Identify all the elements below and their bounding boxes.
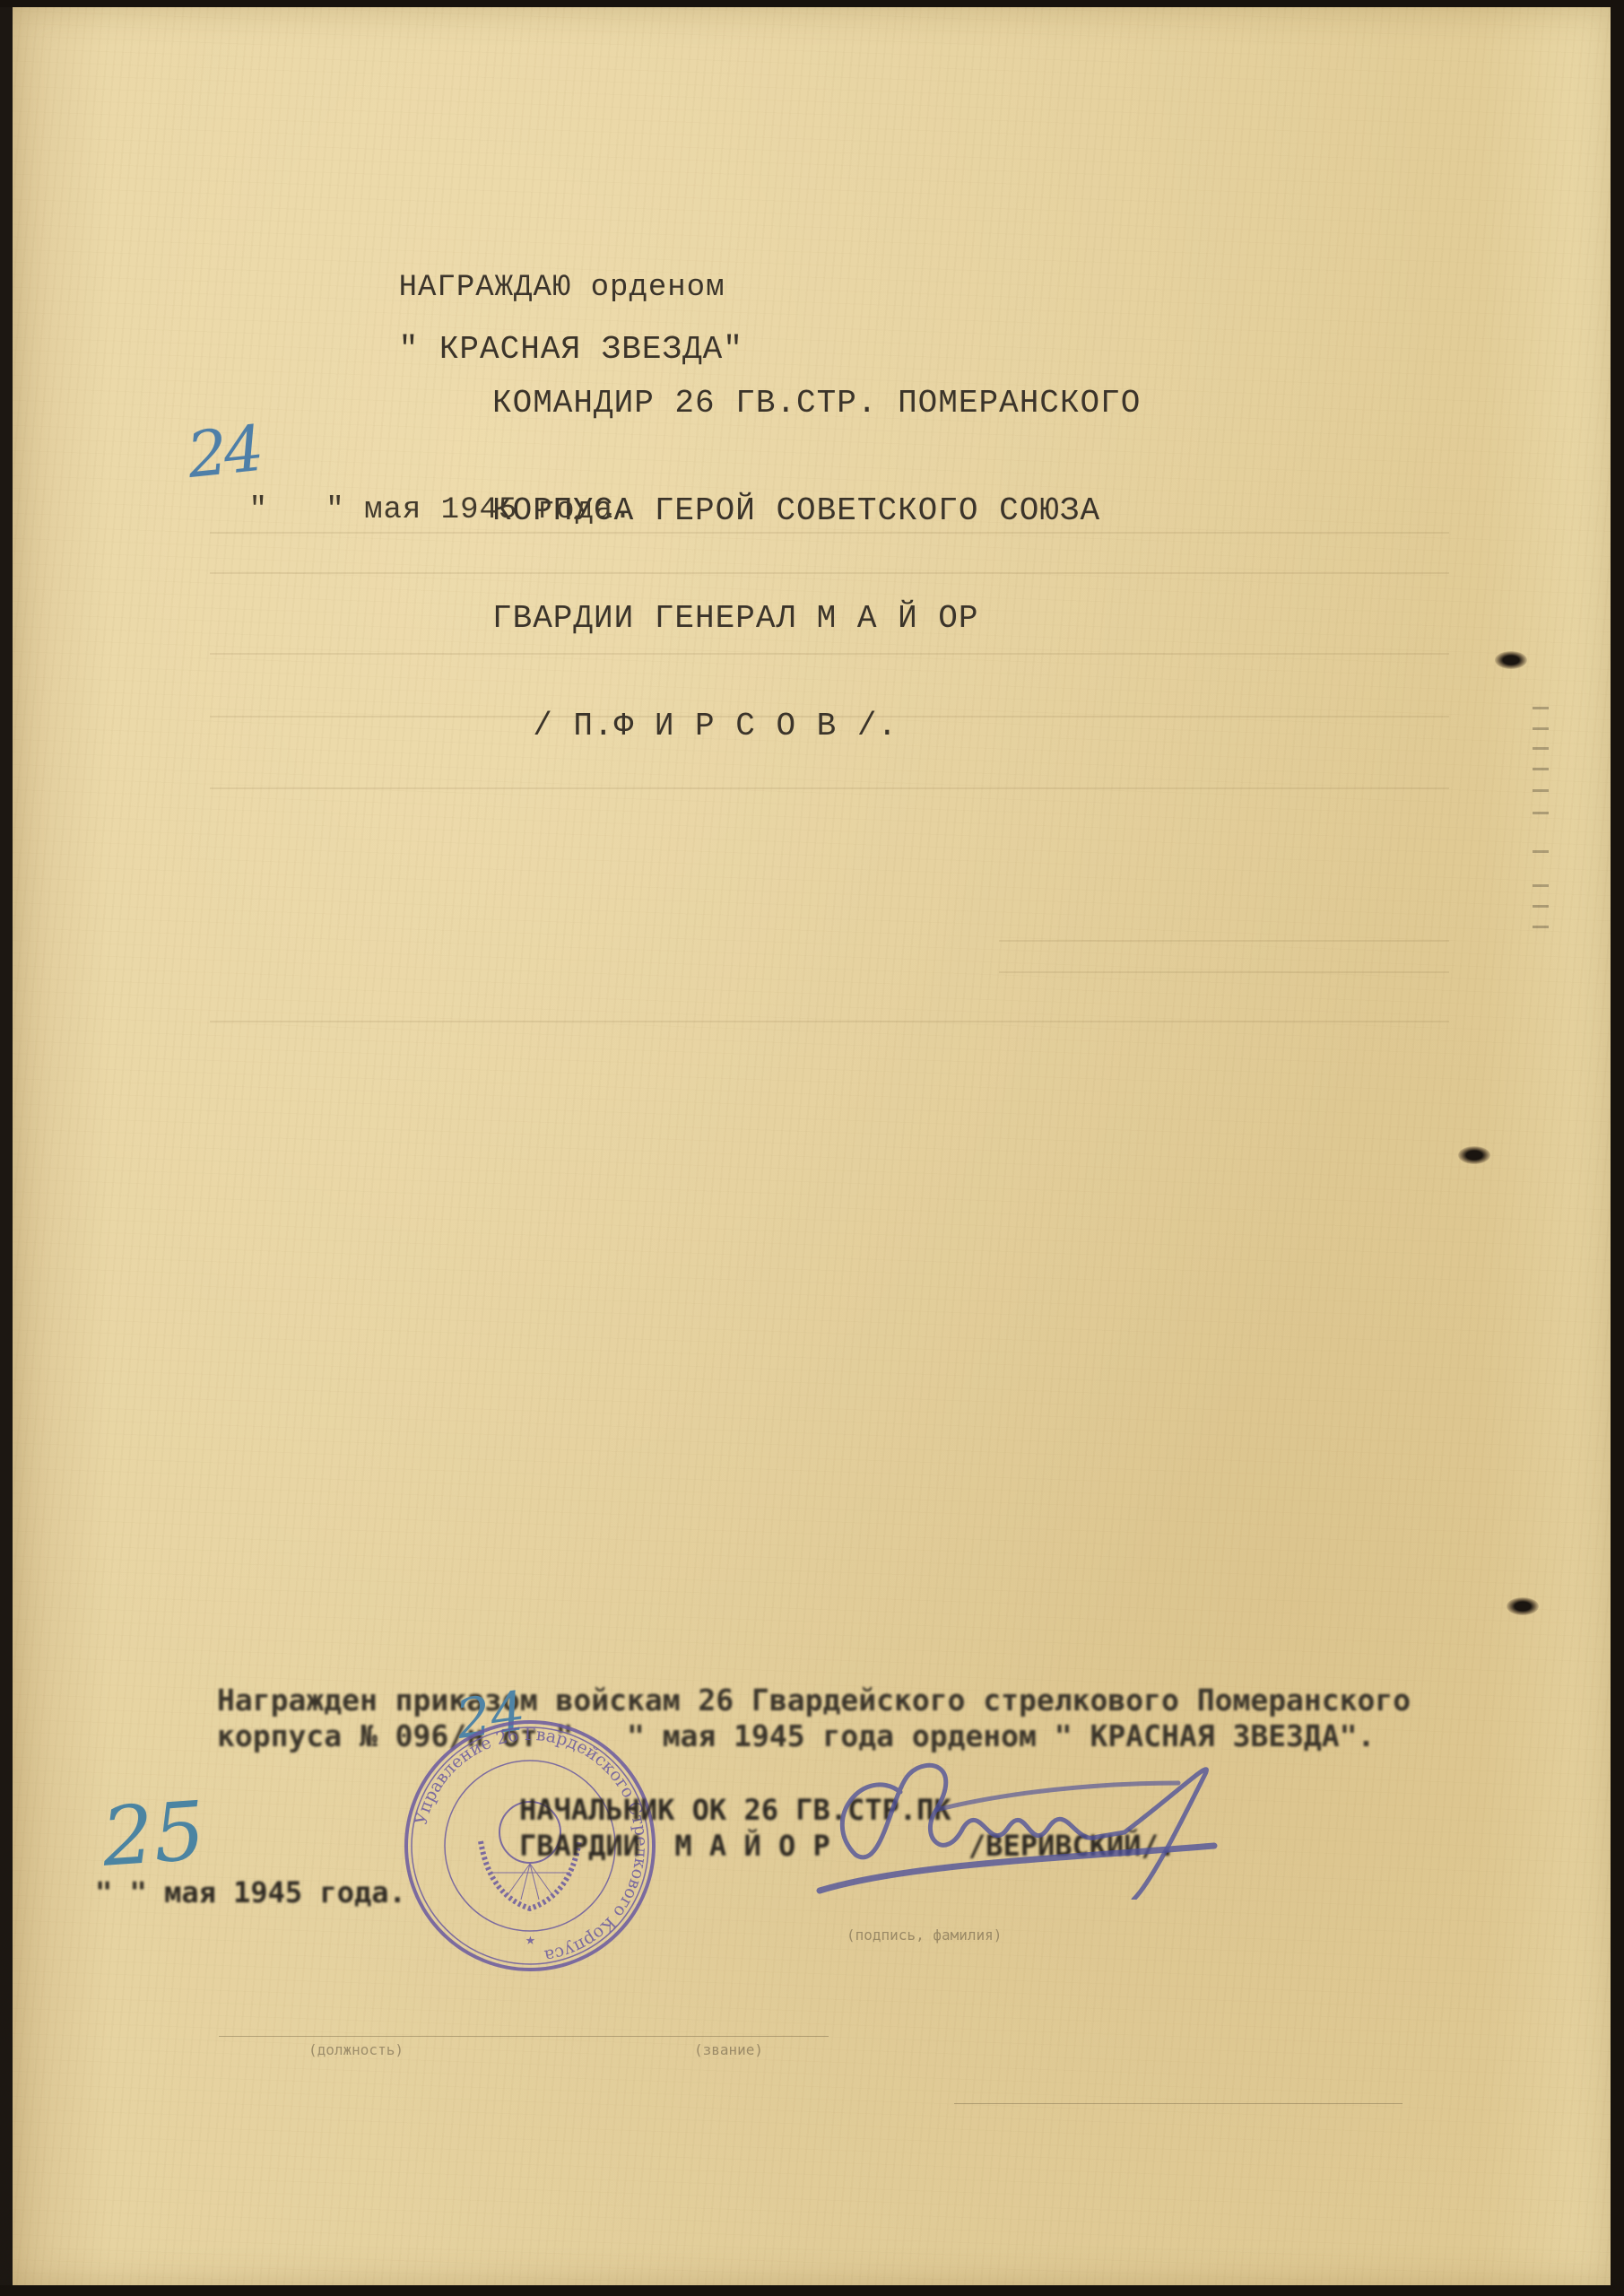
- award-prefix: НАГРАЖДАЮ орденом: [399, 271, 725, 305]
- award-confirmation: Награжден приказом войскам 26 Гвардейско…: [217, 1683, 1411, 1754]
- perforation-mark: [1533, 850, 1549, 853]
- punch-hole: [1495, 651, 1527, 669]
- bleed-through-line: [999, 971, 1449, 973]
- scan-border: [1611, 0, 1624, 2296]
- commander-signature-block: КОМАНДИР 26 ГВ.СТР. ПОМЕРАНСКОГО КОРПУСА…: [492, 314, 1141, 816]
- quote-mark: ": [326, 493, 344, 527]
- divider: [954, 2103, 1403, 2104]
- perforation-mark: [1533, 905, 1549, 908]
- confirmation-line: Награжден приказом войскам 26 Гвардейско…: [217, 1683, 1411, 1718]
- document-sheet: НАГРАЖДАЮ орденом " КРАСНАЯ ЗВЕЗДА" КОМА…: [13, 7, 1611, 2285]
- scan-border: [0, 0, 1624, 7]
- footer-caption: (должность): [308, 2041, 404, 2058]
- handwritten-signature-icon: [802, 1756, 1358, 1900]
- perforation-mark: [1533, 747, 1549, 750]
- order-date-text: мая 1945 года.: [364, 493, 633, 527]
- handwritten-confirmation-day: 25: [99, 1784, 208, 1885]
- signature-caption: (подпись, фамилия): [847, 1926, 1002, 1944]
- svg-text:★: ★: [525, 1932, 535, 1950]
- perforation-mark: [1533, 926, 1549, 928]
- commander-line: / П.Ф И Р С О В /.: [492, 709, 1141, 744]
- commander-line: КОМАНДИР 26 ГВ.СТР. ПОМЕРАНСКОГО: [492, 386, 1141, 422]
- perforation-mark: [1533, 768, 1549, 770]
- perforation-mark: [1533, 727, 1549, 730]
- commander-line: ГВАРДИИ ГЕНЕРАЛ М А Й ОР: [492, 601, 1141, 637]
- bleed-through-line: [999, 940, 1449, 942]
- perforation-mark: [1533, 707, 1549, 709]
- divider: [219, 2036, 829, 2037]
- scan-border: [0, 2285, 1624, 2296]
- order-date: " " мая 1945 года.: [172, 465, 633, 556]
- confirmation-date: " " мая 1945 года.: [95, 1875, 406, 1909]
- perforation-mark: [1533, 812, 1549, 814]
- punch-hole: [1458, 1146, 1490, 1164]
- bleed-through-line: [210, 1021, 1449, 1022]
- perforation-mark: [1533, 884, 1549, 887]
- punch-hole: [1507, 1597, 1539, 1615]
- perforation-mark: [1533, 789, 1549, 792]
- quote-mark: ": [249, 493, 268, 527]
- confirmation-line: корпуса № 096/н от " " мая 1945 года орд…: [217, 1718, 1411, 1754]
- footer-caption: (звание): [694, 2041, 763, 2058]
